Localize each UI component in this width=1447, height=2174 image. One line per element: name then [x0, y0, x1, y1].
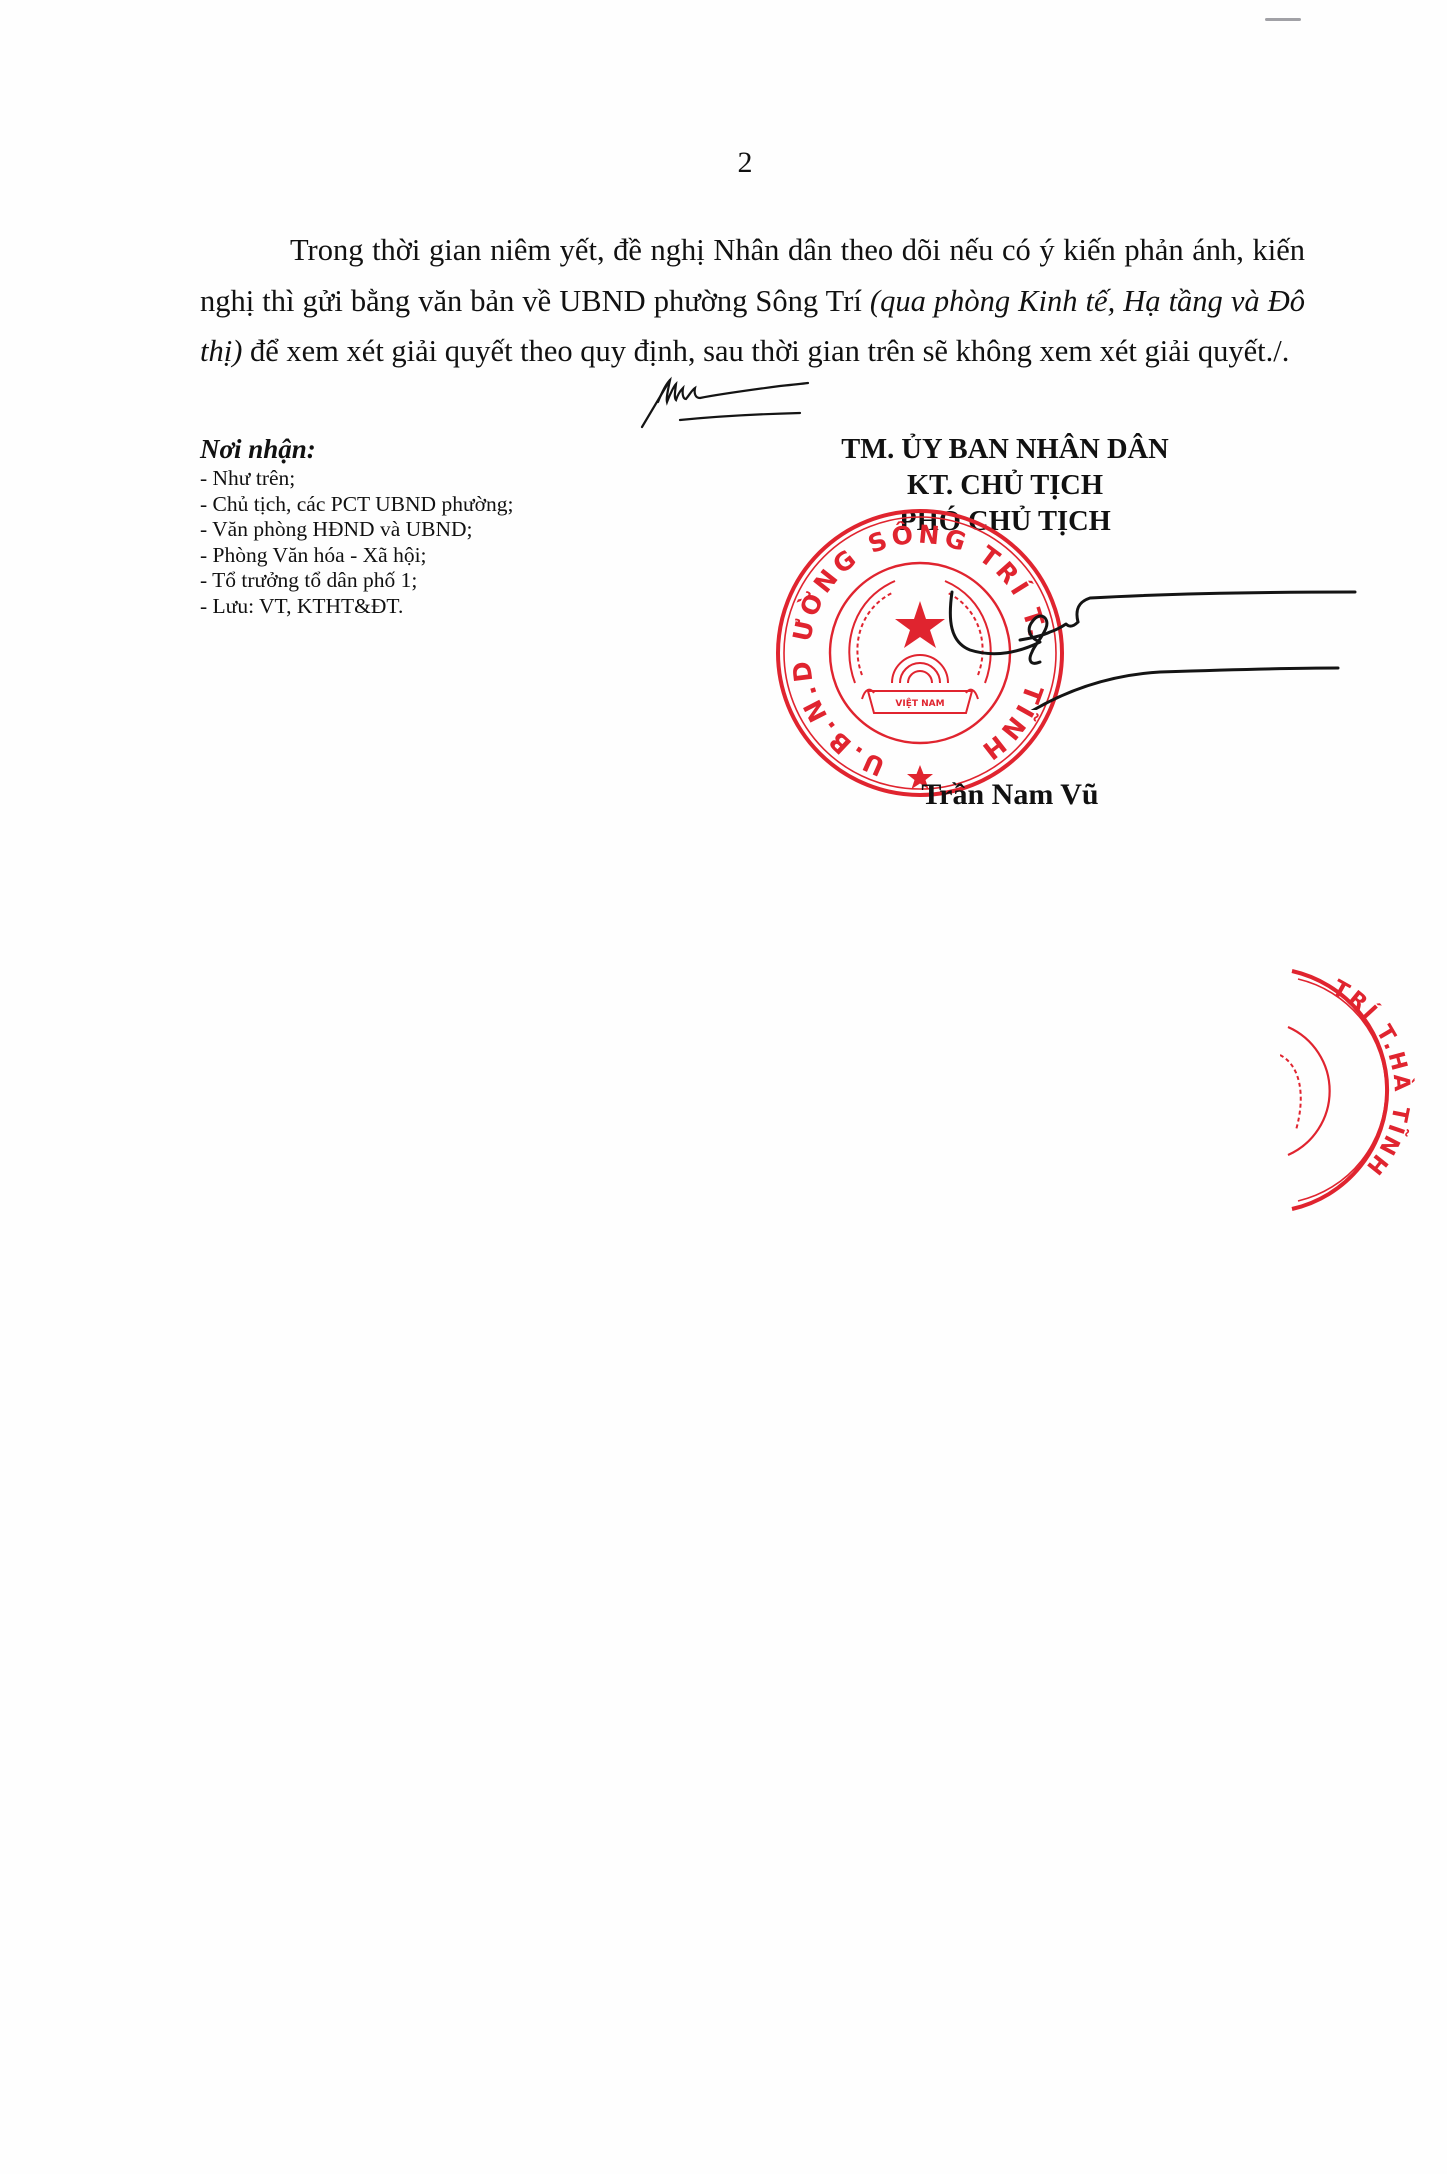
signature-title-line1: TM. ỦY BAN NHÂN DÂN	[780, 432, 1230, 468]
handwritten-signature-icon	[900, 580, 1400, 710]
recipients-list: - Như trên; - Chủ tịch, các PCT UBND phư…	[200, 466, 720, 619]
recipient-item: - Văn phòng HĐND và UBND;	[200, 517, 720, 543]
recipient-item: - Chủ tịch, các PCT UBND phường;	[200, 492, 720, 518]
document-page: 2 Trong thời gian niêm yết, đề nghị Nhân…	[0, 0, 1447, 2174]
recipient-item: - Như trên;	[200, 466, 720, 492]
initial-signature-icon	[640, 372, 840, 432]
recipient-item: - Tổ trưởng tổ dân phố 1;	[200, 568, 720, 594]
signature-title-line2: KT. CHỦ TỊCH	[780, 468, 1230, 504]
notice-paragraph: Trong thời gian niêm yết, đề nghị Nhân d…	[200, 225, 1305, 377]
seam-stamp-icon: TRÍ T.HÀ TĨNH	[1280, 965, 1447, 1215]
recipients-heading: Nơi nhận:	[200, 432, 720, 466]
recipients-section: Nơi nhận: - Như trên; - Chủ tịch, các PC…	[200, 432, 720, 619]
recipient-item: - Phòng Văn hóa - Xã hội;	[200, 543, 720, 569]
signer-name: Trần Nam Vũ	[780, 778, 1240, 812]
scan-mark	[1265, 18, 1301, 21]
svg-text:TRÍ T.HÀ TĨNH: TRÍ T.HÀ TĨNH	[1328, 976, 1415, 1182]
recipient-item: - Lưu: VT, KTHT&ĐT.	[200, 594, 720, 620]
paragraph-text-end: để xem xét giải quyết theo quy định, sau…	[242, 334, 1289, 368]
page-number: 2	[0, 146, 1447, 180]
